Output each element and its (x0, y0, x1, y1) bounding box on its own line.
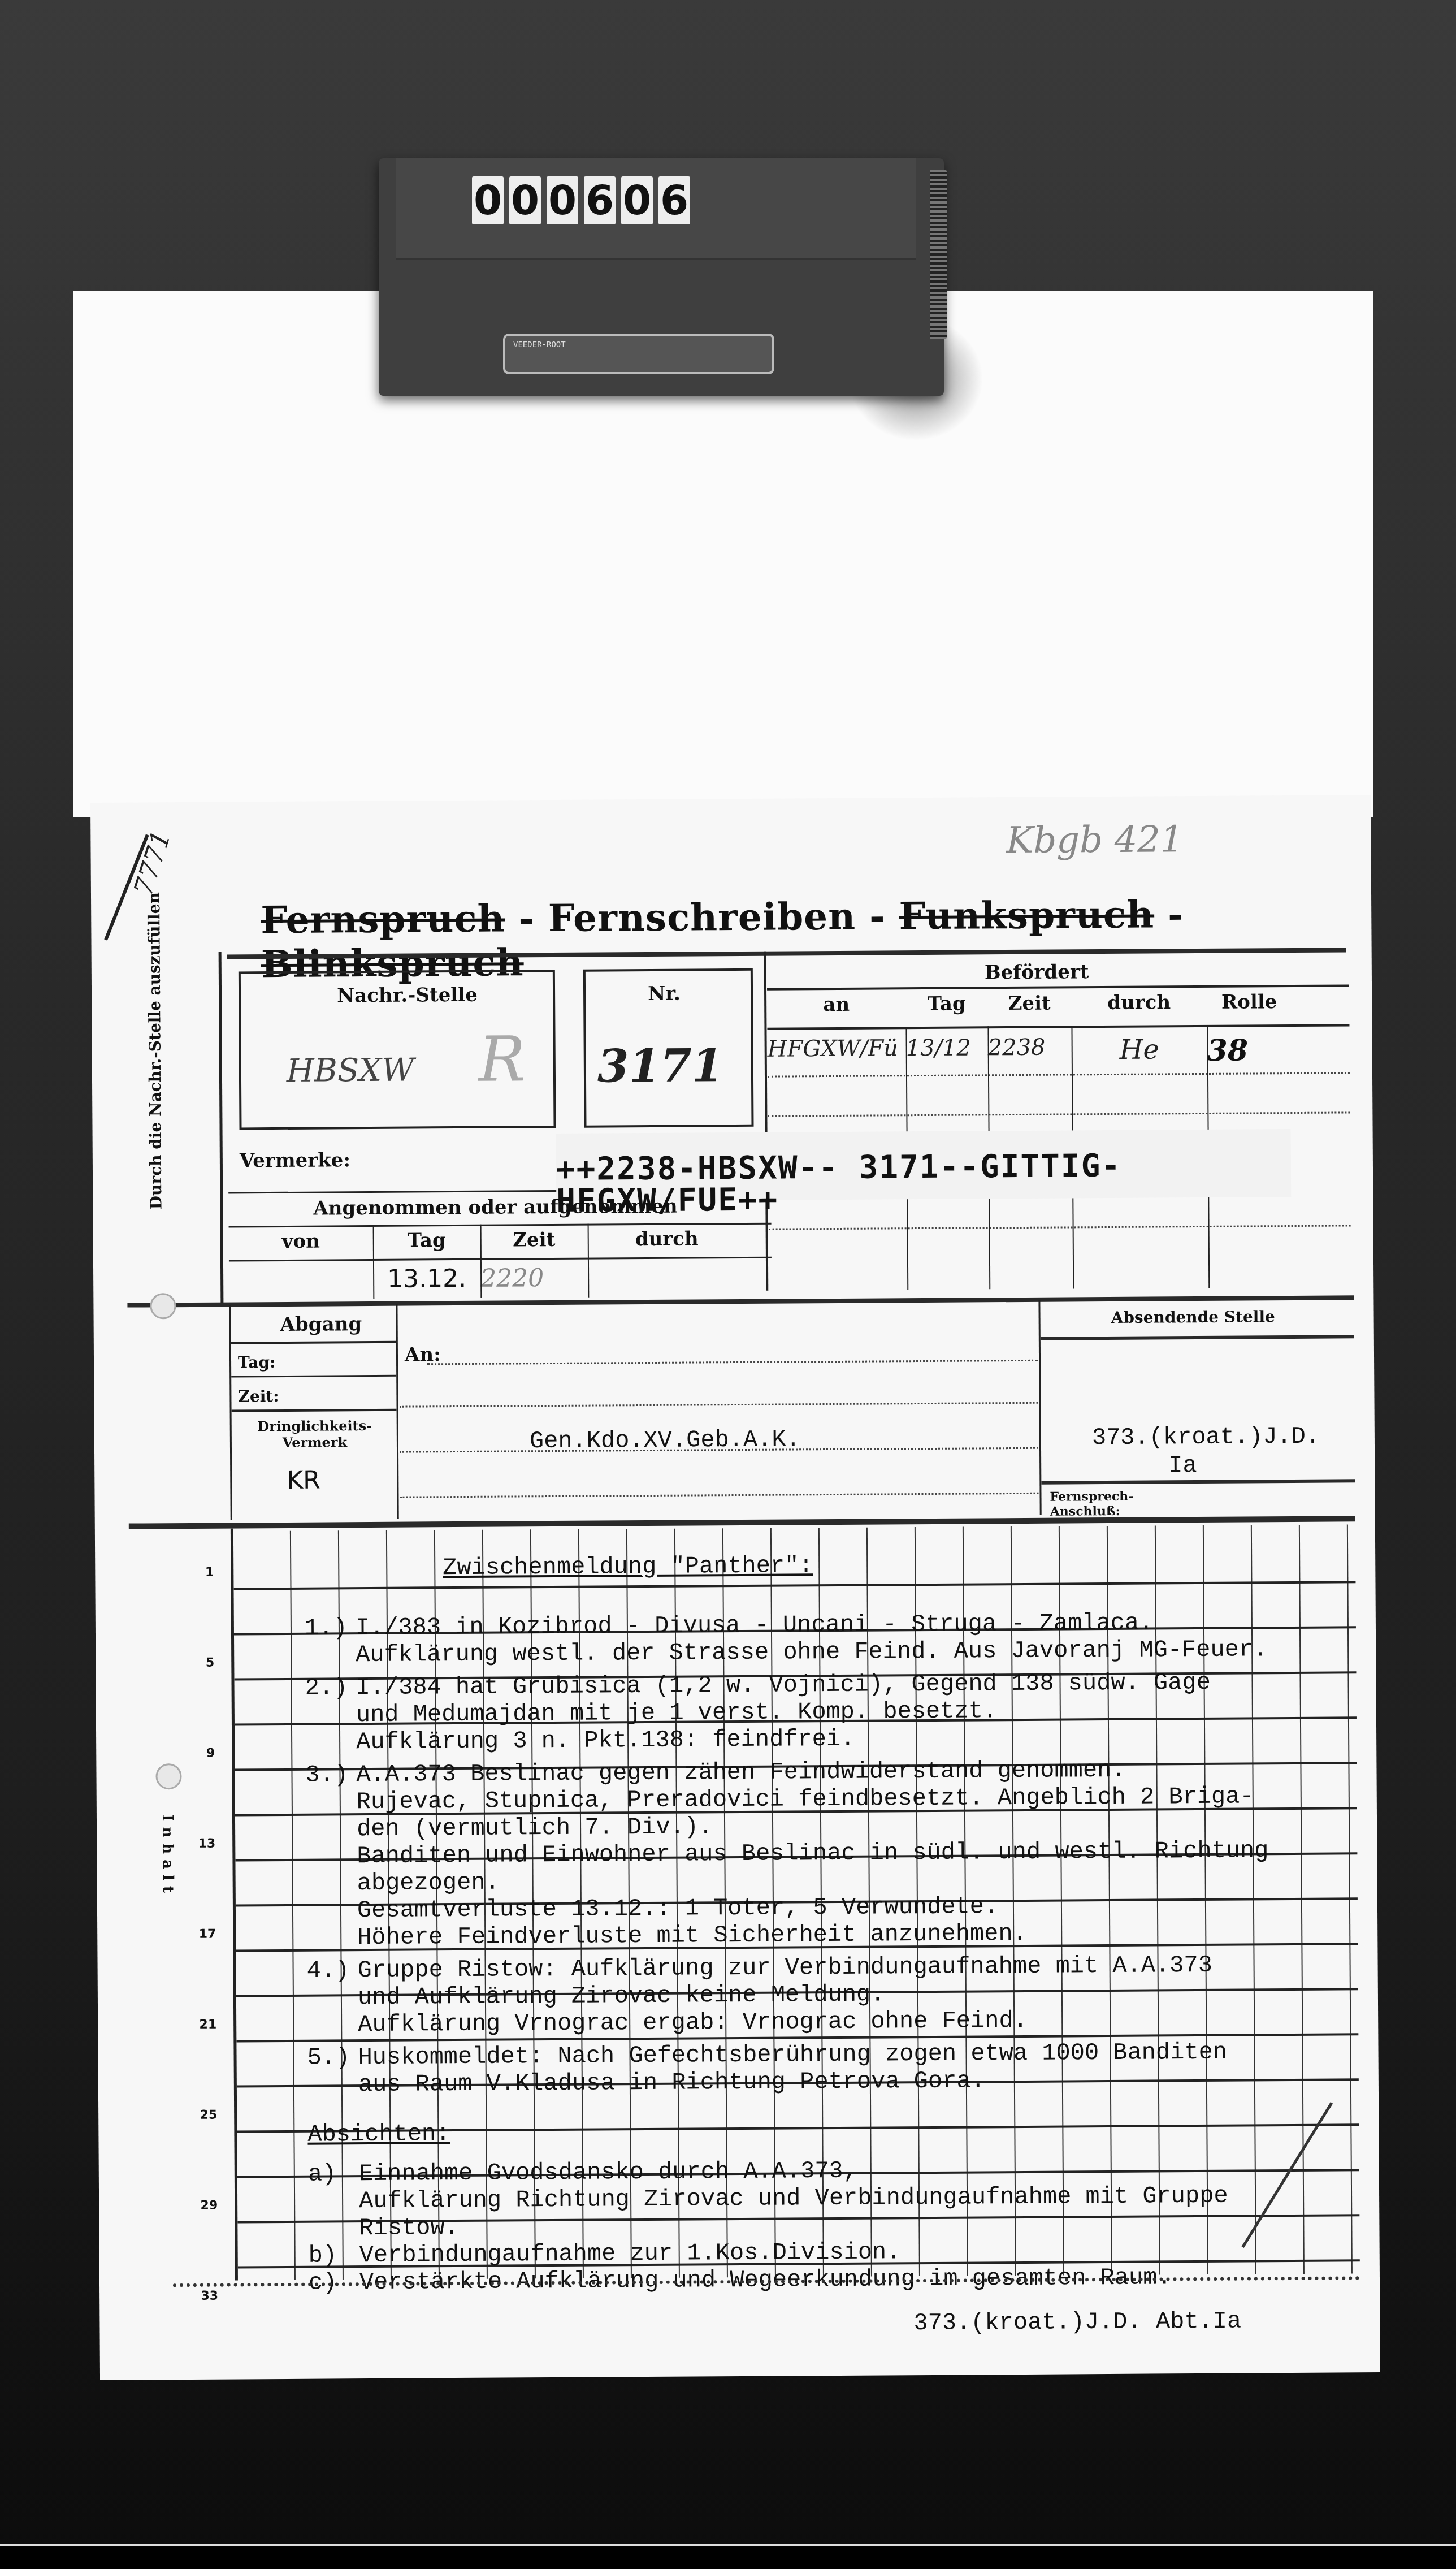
archive-note: Kbgb 421 (1006, 819, 1184, 862)
left-frame-line (219, 952, 224, 1305)
message-line: Aufklärung 3 n. Pkt.138: feindfrei. (356, 1727, 855, 1754)
nachr-stelle-initials: R (478, 1023, 526, 1096)
vermerke-label: Vermerke: (240, 1149, 350, 1172)
befoerdert-title: Befördert (985, 961, 1089, 984)
angenommen-header: von Tag Zeit durch (229, 1227, 772, 1253)
cell-rolle: 38 (1207, 1033, 1292, 1073)
line-number: 21 (194, 2018, 216, 2032)
counter-nameplate: VEEDER-ROOT (503, 334, 774, 374)
col-zeit: Zeit (987, 992, 1071, 1026)
an-dotted-2 (400, 1402, 1038, 1408)
film-edge (0, 2544, 1456, 2569)
line-number: 1 (191, 1565, 214, 1580)
absichten-line: Aufklärung Richtung Zirovac und Verbindu… (359, 2183, 1228, 2213)
message-line: abgezogen. (357, 1870, 500, 1896)
col-von: von (229, 1230, 373, 1253)
message-line: Gesamtverluste 13.12.: 1 Toter, 5 Verwun… (357, 1894, 998, 1923)
cell-durch: He (1072, 1033, 1207, 1074)
counter-digit: 0 (509, 176, 541, 224)
col-durch: durch (588, 1227, 746, 1251)
hole-punch (155, 1763, 181, 1789)
befoerdert-dotted-2 (768, 1111, 1350, 1117)
message-line: I./384 hat Grubisica (1,2 w. Vojnici), G… (356, 1670, 1210, 1700)
line-number: 5 (192, 1656, 214, 1670)
message-line: Rujevac, Stupnica, Preradovici feindbese… (357, 1784, 1254, 1814)
cell-von (229, 1265, 373, 1295)
befoerdert-header: an Tag Zeit durch Rolle (767, 990, 1349, 1027)
absichten-heading: Absichten: (307, 2121, 450, 2147)
message-line: und Medumajdan mit je 1 verst. Komp. bes… (356, 1698, 997, 1727)
counter-digits: 0 0 0 6 0 6 (472, 176, 690, 224)
message-line: A.A.373 Beslinac gegen zähen Feindwiders… (356, 1758, 1125, 1787)
nr-box: Nr. 3171 (583, 968, 754, 1128)
abgang-right-line (396, 1304, 398, 1519)
cell-zeit: 2220 (480, 1264, 588, 1293)
item-marker: b) (309, 2243, 337, 2268)
line-number: 33 (196, 2289, 218, 2303)
line-number: 13 (193, 1837, 215, 1851)
signature-block: 373.(kroat.)J.D. Abt.Ia (913, 2309, 1241, 2336)
absichten-line: Einnahme Gvodsdansko durch A.A.373, (359, 2159, 857, 2186)
col-zeit: Zeit (480, 1229, 588, 1252)
item-marker: a) (308, 2161, 337, 2186)
cell-durch (588, 1262, 746, 1292)
title-separator: - (856, 894, 899, 938)
line-number: 25 (194, 2108, 217, 2122)
absendende-value-1: 373.(kroat.)J.D. (1092, 1423, 1320, 1451)
message-line: den (vermutlich 7. Div.). (357, 1814, 713, 1841)
item-marker: 5.) (307, 2045, 350, 2070)
section-divider (127, 1295, 1354, 1307)
message-line: Höhere Feindverluste mit Sicherheit anzu… (357, 1921, 1027, 1950)
counter-digit: 6 (658, 176, 690, 224)
abgang-rule (232, 1409, 397, 1412)
section-divider (129, 1516, 1355, 1529)
absendende-value-2: Ia (1168, 1452, 1197, 1479)
grid-row-rule (233, 1581, 1355, 1590)
item-marker: 4.) (306, 1958, 349, 1983)
line-number: 9 (192, 1746, 215, 1761)
angenommen-row: 13.12. 2220 (229, 1262, 772, 1295)
message-heading: Zwischenmeldung "Panther": (443, 1553, 813, 1580)
cell-tag: 13.12. (373, 1264, 480, 1294)
item-marker: 1.) (305, 1615, 348, 1640)
nachr-stelle-label: Nachr.-Stelle (337, 984, 478, 1007)
abgang-tag-label: Tag: (238, 1353, 275, 1372)
nachr-stelle-box: Nachr.-Stelle HBSXW R (239, 970, 556, 1130)
title-fernschreiben: Fernschreiben (548, 894, 856, 940)
nr-label: Nr. (648, 983, 681, 1005)
telex-strip: ++2238-HBSXW-- 3171--GITTIG-HFGXW/FUE++ (556, 1129, 1292, 1201)
counter-digit: 0 (621, 176, 653, 224)
message-line: I./383 in Kozibrod - Divusa - Uncani - S… (356, 1611, 1154, 1641)
title-fernspruch: Fernspruch (261, 897, 505, 942)
angenommen-title: Angenommen oder aufgenommen (313, 1195, 678, 1220)
nachr-stelle-value: HBSXW (287, 1052, 414, 1089)
abgang-rule (231, 1341, 396, 1344)
message-line: Huskommeldet: Nach Gefechtsberührung zog… (358, 2040, 1227, 2070)
message-line: Aufklärung Vrnograc ergab: Vrnograc ohne… (358, 2008, 1028, 2037)
counter-thumbwheel (930, 170, 947, 339)
col-tag: Tag (905, 992, 987, 1027)
abgang-rule (231, 1375, 396, 1378)
side-note: Durch die Nachr.-Stelle auszufüllen (145, 892, 165, 1209)
message-line: Banditen und Einwohner aus Beslinac in s… (357, 1838, 1268, 1869)
col-tag: Tag (373, 1229, 480, 1252)
line-number: 17 (193, 1927, 216, 1941)
message-line: und Aufklärung Zirovac keine Meldung. (358, 1982, 885, 2010)
befoerdert-rule (767, 984, 1349, 990)
col-durch: durch (1071, 991, 1207, 1026)
counter-digit: 0 (547, 176, 578, 224)
counter-digit: 0 (472, 176, 504, 224)
title-funkspruch: Funkspruch (899, 893, 1154, 938)
col-an: an (767, 993, 905, 1027)
title-separator: - (1154, 892, 1184, 936)
cell-zeit: 2238 (988, 1034, 1072, 1074)
hole-punch (150, 1293, 176, 1319)
item-marker: 2.) (305, 1675, 348, 1700)
message-line: Aufklärung westl. der Strasse ohne Feind… (356, 1637, 1267, 1667)
abgang-left-line (229, 1305, 232, 1520)
teleprinter-message-form: 7771 Kbgb 421 Fernspruch - Fernschreiben… (90, 795, 1380, 2380)
counter-digit: 6 (584, 176, 616, 224)
item-marker: 3.) (305, 1762, 348, 1787)
absichten-line: Verbindungaufnahme zur 1.Kos.Division. (359, 2239, 901, 2268)
abgang-zeit-label: Zeit: (238, 1387, 279, 1405)
absendende-stelle-label: Absendende Stelle (1111, 1307, 1275, 1327)
an-dotted-1 (427, 1360, 1038, 1365)
cell-an: HFGXW/Fü (768, 1035, 906, 1075)
abgang-title: Abgang (280, 1313, 362, 1336)
absendende-rule (1041, 1335, 1354, 1340)
nr-value: 3171 (597, 1039, 723, 1092)
message-line: aus Raum V.Kladusa in Richtung Petrova G… (358, 2068, 985, 2097)
an-dotted-4 (400, 1493, 1039, 1498)
cell-tag: 13/12 (906, 1035, 988, 1075)
col-rolle: Rolle (1207, 991, 1292, 1025)
message-line: Gruppe Ristow: Aufklärung zur Verbindung… (357, 1953, 1212, 1983)
angenommen-top-rule (228, 1190, 556, 1194)
angenommen-header-rule (229, 1257, 772, 1262)
frame-counter: 0 0 0 6 0 6 VEEDER-ROOT (379, 158, 944, 396)
dringlichkeit-label: Dringlichkeits-Vermerk (239, 1417, 391, 1451)
absendende-rule (1041, 1479, 1355, 1484)
absichten-line: Ristow. (359, 2215, 459, 2241)
title-separator: - (505, 896, 548, 940)
dringlichkeit-value: KR (287, 1466, 320, 1495)
befoerdert-row: HFGXW/Fü 13/12 2238 He 38 (768, 1032, 1350, 1075)
line-number: 29 (195, 2199, 218, 2213)
inhalt-label: Inhalt (159, 1814, 176, 1898)
fernsprech-label: Fernsprech-Anschluß: (1050, 1489, 1117, 1519)
